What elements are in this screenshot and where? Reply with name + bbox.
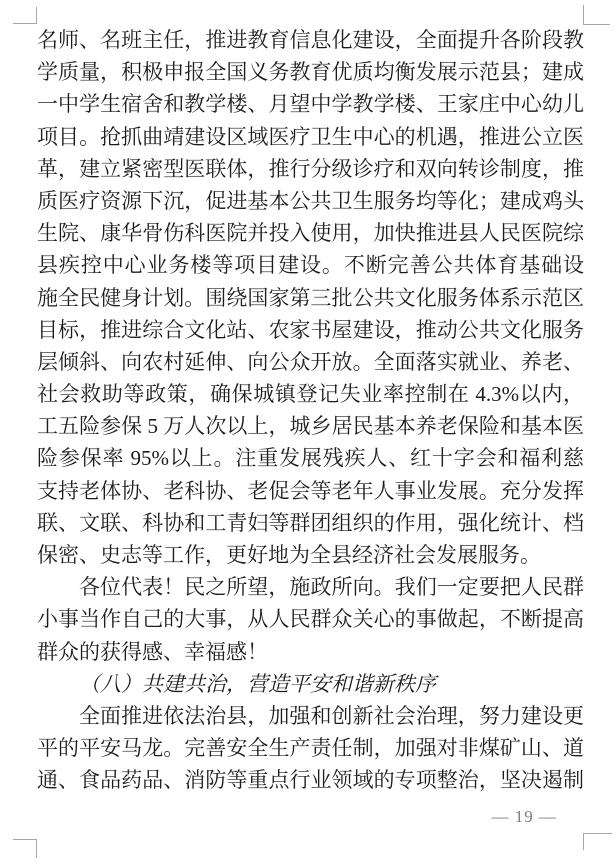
text-line: 联、文联、科协和工青妇等群团组织的作用，强化统计、档案、 <box>37 507 584 539</box>
text-boundary-mark-top-left <box>13 7 37 24</box>
text-line: 一中学生宿舍和教学楼、月望中学教学楼、王家庄中心幼儿园等 <box>37 88 584 120</box>
text-boundary-mark-bottom-right <box>583 833 612 850</box>
text-line: 施全民健身计划。围绕国家第三批公共文化服务体系示范区创建 <box>37 282 584 314</box>
text-line: 生院、康华骨伤科医院并投入使用，加快推进县人民医院综合楼、 <box>37 217 584 249</box>
document-page: 名师、名班主任，推进教育信息化建设，全面提升各阶段教育教学质量，积极申报全国义务… <box>0 0 616 867</box>
text-line: 险参保率 95%以上。注重发展残疾人、红十字会和福利慈善事业， <box>37 442 584 474</box>
document-body: 名师、名班主任，推进教育信息化建设，全面提升各阶段教育教学质量，积极申报全国义务… <box>37 24 584 797</box>
section-heading-line: （八）共建共治，营造平安和谐新秩序 <box>37 668 584 700</box>
text-line: 目标，推进综合文化站、农家书屋建设，推动公共文化服务向基 <box>37 314 584 346</box>
text-line: 社会救助等政策，确保城镇登记失业率控制在 4.3%以内，城镇职 <box>37 378 584 410</box>
text-line: 保密、史志等工作，更好地为全县经济社会发展服务。 <box>37 539 584 571</box>
text-line: 项目。抢抓曲靖建设区域医疗卫生中心的机遇，推进公立医院改 <box>37 121 584 153</box>
text-line: 全面推进依法治县，加强和创新社会治理，努力建设更高水 <box>37 700 584 732</box>
text-line: 群众的获得感、幸福感！ <box>37 636 584 668</box>
text-line: 各位代表！民之所望，施政所向。我们一定要把人民群众的 <box>37 571 584 603</box>
text-line: 工五险参保 5 万人次以上，城乡居民基本养老保险和基本医疗保 <box>37 410 584 442</box>
text-boundary-mark-bottom-left <box>13 839 37 858</box>
text-line: 支持老体协、老科协、老促会等老年人事业发展。充分发挥工商 <box>37 475 584 507</box>
text-line: 名师、名班主任，推进教育信息化建设，全面提升各阶段教育教 <box>37 24 584 56</box>
text-line: 平的平安马龙。完善安全生产责任制，加强对非煤矿山、道路交 <box>37 732 584 764</box>
text-line: 质医疗资源下沉，促进基本公共卫生服务均等化；建成鸡头村卫 <box>37 185 584 217</box>
text-line: 层倾斜、向农村延伸、向公众开放。全面落实就业、养老、医保、 <box>37 346 584 378</box>
text-line: 革，建立紧密型医联体，推行分级诊疗和双向转诊制度，推动优 <box>37 153 584 185</box>
text-line: 通、食品药品、消防等重点行业领域的专项整治，坚决遏制重特 <box>37 764 584 796</box>
text-line: 学质量，积极申报全国义务教育优质均衡发展示范县；建成马龙 <box>37 56 584 88</box>
page-number: — 19 — <box>492 806 558 828</box>
text-line: 县疾控中心业务楼等项目建设。不断完善公共体育基础设施，实 <box>37 249 584 281</box>
text-boundary-mark-top-right <box>583 5 610 25</box>
text-line: 小事当作自己的大事，从人民群众关心的事做起，不断提高人民 <box>37 603 584 635</box>
